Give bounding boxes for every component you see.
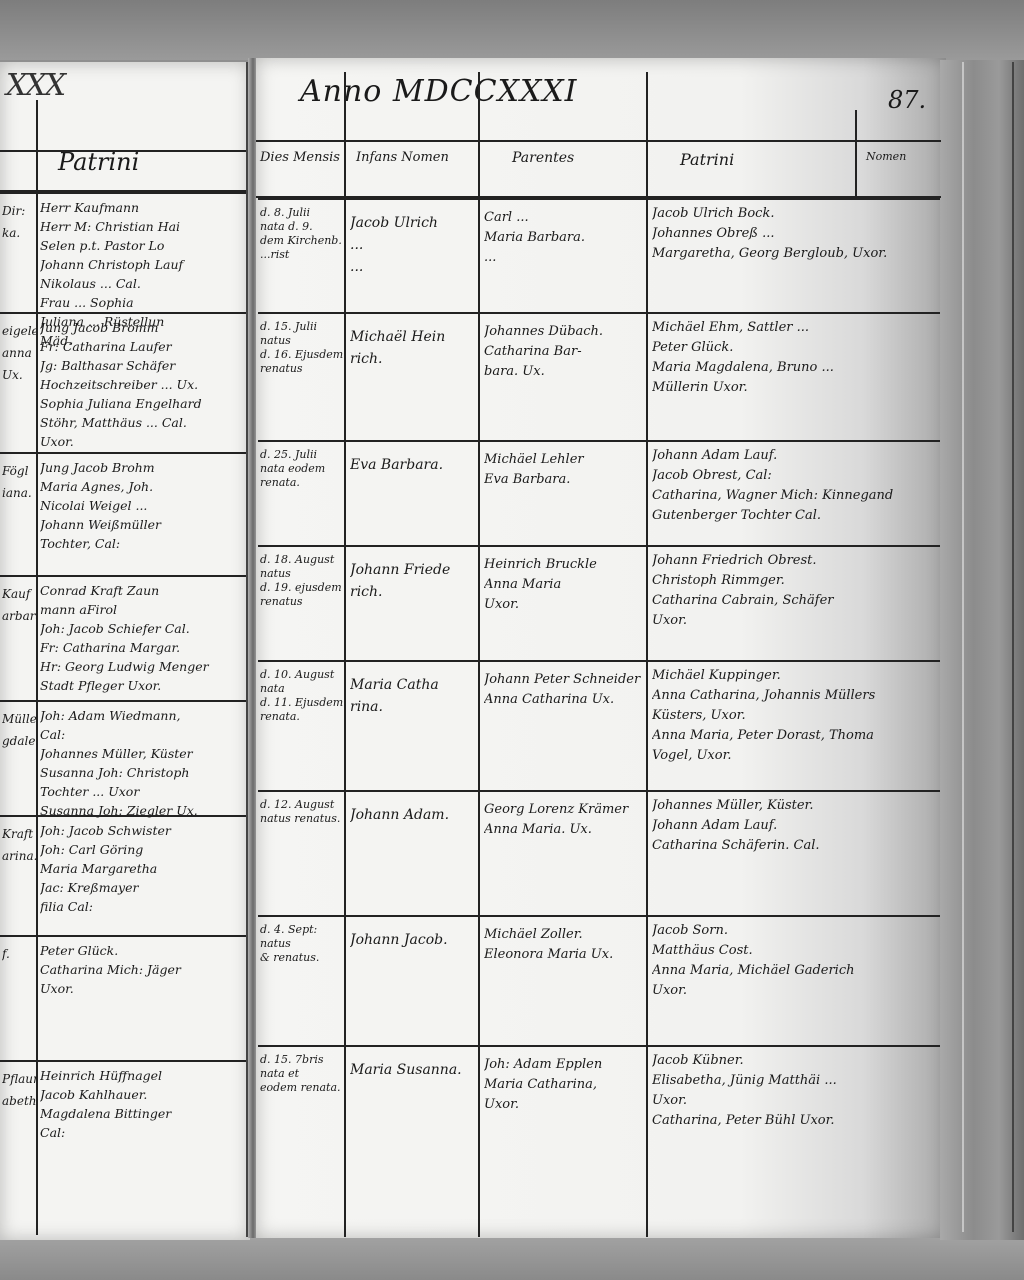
- text-line: Kauf: [2, 583, 36, 605]
- entry-parents-cell: Carl ...Maria Barbara....: [484, 208, 644, 268]
- column-rule-4: [855, 110, 857, 200]
- entry-godparents-cell: Michäel Kuppinger.Anna Catharina, Johann…: [652, 666, 942, 766]
- text-line: Jac: Kreßmayer: [40, 878, 250, 897]
- text-line: Herr M: Christian Hai: [40, 217, 250, 236]
- text-line: Michäel Lehler: [484, 450, 644, 470]
- text-line: Johann Weißmüller: [40, 515, 250, 534]
- text-line: Selen p.t. Pastor Lo: [40, 236, 250, 255]
- text-line: natus renatus.: [260, 812, 344, 826]
- left-column-header-patrini: Patrini: [58, 148, 139, 176]
- text-line: d. 12. August: [260, 798, 344, 812]
- book-edge-line: [1012, 62, 1014, 1232]
- left-margin-fragment: Kaufarbara: [2, 583, 36, 627]
- text-line: Uxor.: [484, 1095, 644, 1115]
- left-margin-fragment: f.: [2, 943, 36, 965]
- text-line: Jung Jacob Brohm: [40, 458, 250, 477]
- left-row-rule: [0, 575, 246, 577]
- text-line: Johann Peter Schneider: [484, 670, 644, 690]
- text-line: arbara: [2, 605, 36, 627]
- text-line: ...rist: [260, 248, 344, 262]
- entry-parents-cell: Michäel Zoller.Eleonora Maria Ux.: [484, 925, 644, 965]
- text-line: nata: [260, 682, 344, 696]
- entry-date-cell: d. 15. Juliinatusd. 16. Ejusdemrenatus: [260, 320, 344, 376]
- text-line: abetha.: [2, 1090, 36, 1112]
- column-rule-1: [344, 72, 346, 1237]
- text-line: Anna Catharina, Johannis Müllers: [652, 686, 942, 706]
- text-line: Michäel Ehm, Sattler ...: [652, 318, 942, 338]
- left-margin-fragment: Müllergdale-: [2, 708, 36, 752]
- text-line: Eleonora Maria Ux.: [484, 945, 644, 965]
- right-row-rule: [258, 1045, 940, 1047]
- text-line: Johann Christoph Lauf: [40, 255, 250, 274]
- entry-infant-name: Johann Adam.: [350, 804, 476, 826]
- left-margin-fragment: Dir:ka.: [2, 200, 36, 244]
- text-line: Christoph Rimmger.: [652, 571, 942, 591]
- text-line: Ux.: [2, 364, 36, 386]
- text-line: Michaël Hein: [350, 326, 476, 348]
- text-line: Pflaum: [2, 1068, 36, 1090]
- text-line: renatus: [260, 595, 344, 609]
- left-row-rule: [0, 700, 246, 702]
- scan-background-top: [0, 0, 1024, 60]
- text-line: Maria Barbara.: [484, 228, 644, 248]
- text-line: Uxor.: [40, 979, 250, 998]
- entry-parents-cell: Heinrich BruckleAnna MariaUxor.: [484, 555, 644, 615]
- text-line: Uxor.: [652, 611, 942, 631]
- text-line: Uxor.: [40, 432, 250, 451]
- text-line: anna: [2, 342, 36, 364]
- text-line: Vogel, Uxor.: [652, 746, 942, 766]
- entry-godparents-cell: Jacob Ulrich Bock.Johannes Obreß ...Marg…: [652, 204, 942, 264]
- text-line: Elisabetha, Jünig Matthäi ...: [652, 1071, 942, 1091]
- text-line: Uxor.: [652, 981, 942, 1001]
- text-line: Georg Lorenz Krämer: [484, 800, 644, 820]
- text-line: Maria Catharina,: [484, 1075, 644, 1095]
- text-line: Johann Adam Lauf.: [652, 446, 942, 466]
- left-patrini-cell: Joh: Jacob SchwisterJoh: Carl GöringMari…: [40, 821, 250, 916]
- text-line: Joh: Adam Wiedmann,: [40, 706, 250, 725]
- text-line: Jacob Ulrich Bock.: [652, 204, 942, 224]
- left-patrini-cell: Peter Glück.Catharina Mich: JägerUxor.: [40, 941, 250, 998]
- entry-parents-cell: Johann Peter SchneiderAnna Catharina Ux.: [484, 670, 644, 710]
- entry-date-cell: d. 10. Augustnatad. 11. Ejusdemrenata.: [260, 668, 344, 724]
- text-line: Uxor.: [484, 595, 644, 615]
- left-row-rule: [0, 192, 246, 194]
- right-row-rule: [258, 660, 940, 662]
- text-line: d. 10. August: [260, 668, 344, 682]
- left-patrini-cell: Conrad Kraft Zaunmann aFirolJoh: Jacob S…: [40, 581, 250, 695]
- entry-infant-name: Johann Jacob.: [350, 929, 476, 951]
- entry-godparents-cell: Jacob Sorn.Matthäus Cost.Anna Maria, Mic…: [652, 921, 942, 1001]
- text-line: Johannes Dübach.: [484, 322, 644, 342]
- text-line: Fögl: [2, 460, 36, 482]
- text-line: Stöhr, Matthäus ... Cal.: [40, 413, 250, 432]
- text-line: Catharina Cabrain, Schäfer: [652, 591, 942, 611]
- text-line: d. 4. Sept:: [260, 923, 344, 937]
- entry-godparents-cell: Johannes Müller, Küster.Johann Adam Lauf…: [652, 796, 942, 856]
- text-line: d. 16. Ejusdem: [260, 348, 344, 362]
- text-line: ...: [350, 256, 476, 278]
- entry-infant-name: Michaël Heinrich.: [350, 326, 476, 370]
- left-row-rule: [0, 935, 246, 937]
- entry-godparents-cell: Johann Friedrich Obrest.Christoph Rimmge…: [652, 551, 942, 631]
- entry-infant-name: Maria Catharina.: [350, 674, 476, 718]
- entry-parents-cell: Joh: Adam EpplenMaria Catharina,Uxor.: [484, 1055, 644, 1115]
- text-line: Jg: Balthasar Schäfer: [40, 356, 250, 375]
- text-line: Anna Maria. Ux.: [484, 820, 644, 840]
- entry-infant-name: Jacob Ulrich......: [350, 212, 476, 278]
- text-line: Anna Maria, Peter Dorast, Thoma: [652, 726, 942, 746]
- text-line: natus: [260, 334, 344, 348]
- text-line: Catharina Mich: Jäger: [40, 960, 250, 979]
- text-line: Joh: Adam Epplen: [484, 1055, 644, 1075]
- text-line: eodem renata.: [260, 1081, 344, 1095]
- entry-date-cell: d. 4. Sept:natus& renatus.: [260, 923, 344, 965]
- text-line: Jacob Kübner.: [652, 1051, 942, 1071]
- entry-infant-name: Maria Susanna.: [350, 1059, 476, 1081]
- right-row-rule: [258, 198, 940, 200]
- left-row-rule: [0, 815, 246, 817]
- text-line: gdale-: [2, 730, 36, 752]
- text-line: Johannes Müller, Küster.: [652, 796, 942, 816]
- text-line: ...: [484, 248, 644, 268]
- text-line: renatus: [260, 362, 344, 376]
- scan-background-bottom: [0, 1235, 1024, 1280]
- left-margin-fragment: Kraftarina.: [2, 823, 36, 867]
- text-line: Kraft: [2, 823, 36, 845]
- text-line: Johann Adam Lauf.: [652, 816, 942, 836]
- text-line: Jacob Obrest, Cal:: [652, 466, 942, 486]
- text-line: Anna Catharina Ux.: [484, 690, 644, 710]
- text-line: Michäel Zoller.: [484, 925, 644, 945]
- text-line: Tochter ... Uxor: [40, 782, 250, 801]
- entry-date-cell: d. 15. 7brisnata eteodem renata.: [260, 1053, 344, 1095]
- text-line: f.: [2, 943, 36, 965]
- entry-date-cell: d. 18. Augustnatusd. 19. ejusdemrenatus: [260, 553, 344, 609]
- text-line: Jacob Ulrich: [350, 212, 476, 234]
- text-line: rina.: [350, 696, 476, 718]
- text-line: natus: [260, 937, 344, 951]
- text-line: Anna Maria: [484, 575, 644, 595]
- text-line: Jung Jacob Bromm: [40, 318, 250, 337]
- left-margin-fragment: Pflaumabetha.: [2, 1068, 36, 1112]
- column-rule-2: [478, 72, 480, 1237]
- left-patrini-cell: Heinrich HüffnagelJacob Kahlhauer.Magdal…: [40, 1066, 250, 1142]
- text-line: Catharina, Wagner Mich: Kinnegand: [652, 486, 942, 506]
- text-line: Conrad Kraft Zaun: [40, 581, 250, 600]
- text-line: Maria Agnes, Joh.: [40, 477, 250, 496]
- text-line: Carl ...: [484, 208, 644, 228]
- text-line: d. 18. August: [260, 553, 344, 567]
- text-line: Johannes Obreß ...: [652, 224, 942, 244]
- text-line: d. 15. Julii: [260, 320, 344, 334]
- right-row-rule: [258, 790, 940, 792]
- text-line: ...: [350, 234, 476, 256]
- text-line: Stadt Pfleger Uxor.: [40, 676, 250, 695]
- text-line: Joh: Jacob Schiefer Cal.: [40, 619, 250, 638]
- text-line: nata et: [260, 1067, 344, 1081]
- text-line: Jacob Kahlhauer.: [40, 1085, 250, 1104]
- text-line: Maria Margaretha: [40, 859, 250, 878]
- text-line: Müller: [2, 708, 36, 730]
- entry-date-cell: d. 25. Juliinata eodemrenata.: [260, 448, 344, 490]
- text-line: Nicolai Weigel ...: [40, 496, 250, 515]
- text-line: Dir:: [2, 200, 36, 222]
- text-line: ka.: [2, 222, 36, 244]
- text-line: iana.: [2, 482, 36, 504]
- left-patrini-cell: Jung Jacob BrommFr: Catharina LauferJg: …: [40, 318, 250, 451]
- column-rule-3: [646, 72, 648, 1237]
- text-line: dem Kirchenb.: [260, 234, 344, 248]
- text-line: & renatus.: [260, 951, 344, 965]
- text-line: rich.: [350, 581, 476, 603]
- text-line: Nikolaus ... Cal.: [40, 274, 250, 293]
- left-margin-fragment: Fögliana.: [2, 460, 36, 504]
- text-line: nata eodem: [260, 462, 344, 476]
- header-rule-top: [256, 140, 941, 142]
- text-line: Heinrich Hüffnagel: [40, 1066, 250, 1085]
- left-patrini-cell: Joh: Adam Wiedmann,Cal:Johannes Müller, …: [40, 706, 250, 820]
- entry-infant-name: Eva Barbara.: [350, 454, 476, 476]
- text-line: Maria Susanna.: [350, 1059, 476, 1081]
- text-line: Jacob Sorn.: [652, 921, 942, 941]
- text-line: d. 19. ejusdem: [260, 581, 344, 595]
- column-header-godparents: Patrini: [680, 150, 734, 169]
- column-header-date: Dies Mensis: [260, 150, 340, 165]
- text-line: Magdalena Bittinger: [40, 1104, 250, 1123]
- left-patrini-cell: Jung Jacob BrohmMaria Agnes, Joh.Nicolai…: [40, 458, 250, 553]
- text-line: Uxor.: [652, 1091, 942, 1111]
- text-line: Eva Barbara.: [350, 454, 476, 476]
- text-line: d. 11. Ejusdem: [260, 696, 344, 710]
- text-line: mann aFirol: [40, 600, 250, 619]
- entry-parents-cell: Michäel LehlerEva Barbara.: [484, 450, 644, 490]
- column-header-parents: Parentes: [512, 150, 574, 166]
- text-line: natus: [260, 567, 344, 581]
- text-line: arina.: [2, 845, 36, 867]
- right-row-rule: [258, 312, 940, 314]
- left-column-divider: [36, 100, 38, 1235]
- text-line: Sophia Juliana Engelhard: [40, 394, 250, 413]
- text-line: d. 15. 7bris: [260, 1053, 344, 1067]
- text-line: Catharina, Peter Bühl Uxor.: [652, 1111, 942, 1131]
- text-line: Johannes Müller, Küster: [40, 744, 250, 763]
- column-header-name: Nomen: [866, 150, 906, 163]
- text-line: bara. Ux.: [484, 362, 644, 382]
- text-line: Hr: Georg Ludwig Menger: [40, 657, 250, 676]
- text-line: Johann Friedrich Obrest.: [652, 551, 942, 571]
- left-row-rule: [0, 1060, 246, 1062]
- text-line: filia Cal:: [40, 897, 250, 916]
- text-line: Anna Maria, Michäel Gaderich: [652, 961, 942, 981]
- text-line: Eva Barbara.: [484, 470, 644, 490]
- text-line: renata.: [260, 476, 344, 490]
- text-line: Joh: Jacob Schwister: [40, 821, 250, 840]
- entry-infant-name: Johann Friederich.: [350, 559, 476, 603]
- left-margin-fragment: eigeleannaUx.: [2, 320, 36, 386]
- text-line: Maria Catha: [350, 674, 476, 696]
- text-line: Gutenberger Tochter Cal.: [652, 506, 942, 526]
- entry-godparents-cell: Jacob Kübner.Elisabetha, Jünig Matthäi .…: [652, 1051, 942, 1131]
- text-line: Peter Glück.: [652, 338, 942, 358]
- text-line: d. 8. Julii: [260, 206, 344, 220]
- text-line: Susanna Joh: Ziegler Ux.: [40, 801, 250, 820]
- entry-godparents-cell: Johann Adam Lauf.Jacob Obrest, Cal:Catha…: [652, 446, 942, 526]
- text-line: Susanna Joh: Christoph: [40, 763, 250, 782]
- right-row-rule: [258, 440, 940, 442]
- text-line: Matthäus Cost.: [652, 941, 942, 961]
- text-line: Cal:: [40, 1123, 250, 1142]
- text-line: Johann Adam.: [350, 804, 476, 826]
- text-line: Peter Glück.: [40, 941, 250, 960]
- column-header-infant: Infans Nomen: [356, 150, 449, 165]
- text-line: nata d. 9.: [260, 220, 344, 234]
- text-line: Müllerin Uxor.: [652, 378, 942, 398]
- text-line: Johann Jacob.: [350, 929, 476, 951]
- text-line: Cal:: [40, 725, 250, 744]
- text-line: Johann Friede: [350, 559, 476, 581]
- text-line: Küsters, Uxor.: [652, 706, 942, 726]
- text-line: Michäel Kuppinger.: [652, 666, 942, 686]
- text-line: Catharina Schäferin. Cal.: [652, 836, 942, 856]
- text-line: rich.: [350, 348, 476, 370]
- entry-date-cell: d. 8. Juliinata d. 9.dem Kirchenb....ris…: [260, 206, 344, 262]
- entry-date-cell: d. 12. Augustnatus renatus.: [260, 798, 344, 826]
- text-line: Joh: Carl Göring: [40, 840, 250, 859]
- text-line: Heinrich Bruckle: [484, 555, 644, 575]
- text-line: Fr: Catharina Laufer: [40, 337, 250, 356]
- text-line: Herr Kaufmann: [40, 198, 250, 217]
- left-row-rule: [0, 312, 246, 314]
- right-row-rule: [258, 545, 940, 547]
- text-line: Hochzeitschreiber ... Ux.: [40, 375, 250, 394]
- text-line: d. 25. Julii: [260, 448, 344, 462]
- page-number: 87.: [888, 86, 926, 114]
- text-line: Maria Magdalena, Bruno ...: [652, 358, 942, 378]
- text-line: Frau ... Sophia: [40, 293, 250, 312]
- text-line: Tochter, Cal:: [40, 534, 250, 553]
- text-line: Fr: Catharina Margar.: [40, 638, 250, 657]
- book-edge-highlight: [962, 62, 964, 1232]
- text-line: Catharina Bar-: [484, 342, 644, 362]
- entry-parents-cell: Georg Lorenz KrämerAnna Maria. Ux.: [484, 800, 644, 840]
- entry-godparents-cell: Michäel Ehm, Sattler ...Peter Glück.Mari…: [652, 318, 942, 398]
- entry-parents-cell: Johannes Dübach.Catharina Bar-bara. Ux.: [484, 322, 644, 382]
- text-line: renata.: [260, 710, 344, 724]
- left-page-header-fragment: XXX: [6, 68, 64, 103]
- register-year-title: Anno MDCCXXXI: [300, 74, 578, 109]
- left-row-rule: [0, 452, 246, 454]
- text-line: eigele: [2, 320, 36, 342]
- right-row-rule: [258, 915, 940, 917]
- text-line: Margaretha, Georg Bergloub, Uxor.: [652, 244, 942, 264]
